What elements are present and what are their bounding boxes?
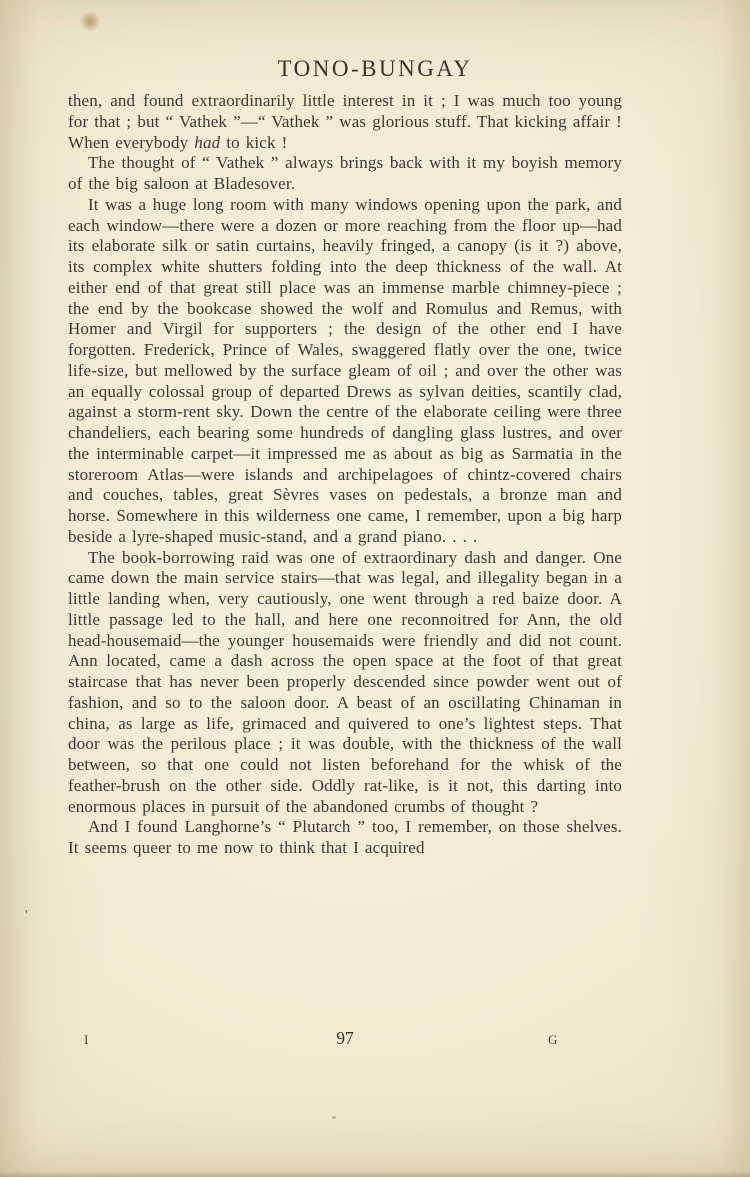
page-number: 97 [68, 1028, 622, 1049]
paragraph: The thought of “ Vathek ” always brings … [68, 153, 622, 195]
body-text: The thought of “ Vathek ” always brings … [68, 153, 622, 193]
paragraph: then, and found extraordinarily little i… [68, 91, 622, 153]
signature-mark-right: G [548, 1032, 558, 1048]
body-text: to kick ! [220, 133, 287, 152]
book-page: TONO-BUNGAY then, and found extraordinar… [0, 0, 750, 1177]
page-bottom-edge [0, 1170, 750, 1177]
body-text: The book-borrowing raid was one of extra… [68, 548, 622, 816]
body-text: It was a huge long room with many window… [68, 195, 622, 546]
paragraph: And I found Langhorne’s “ Plutarch ” too… [68, 817, 622, 859]
body-text: then, and found extraordinarily little i… [68, 91, 622, 152]
body-text: And I found Langhorne’s “ Plutarch ” too… [68, 817, 622, 857]
paragraph: It was a huge long room with many window… [68, 195, 622, 548]
foxing-spot [80, 12, 100, 31]
page-footer: I 97 G [68, 1028, 622, 1054]
paragraph: The book-borrowing raid was one of extra… [68, 548, 622, 818]
running-header: TONO-BUNGAY [0, 56, 750, 82]
italic-text: had [194, 133, 220, 152]
paper-speck [332, 1116, 336, 1119]
stray-margin-mark: ' [25, 908, 28, 924]
text-block: then, and found extraordinarily little i… [68, 91, 622, 859]
